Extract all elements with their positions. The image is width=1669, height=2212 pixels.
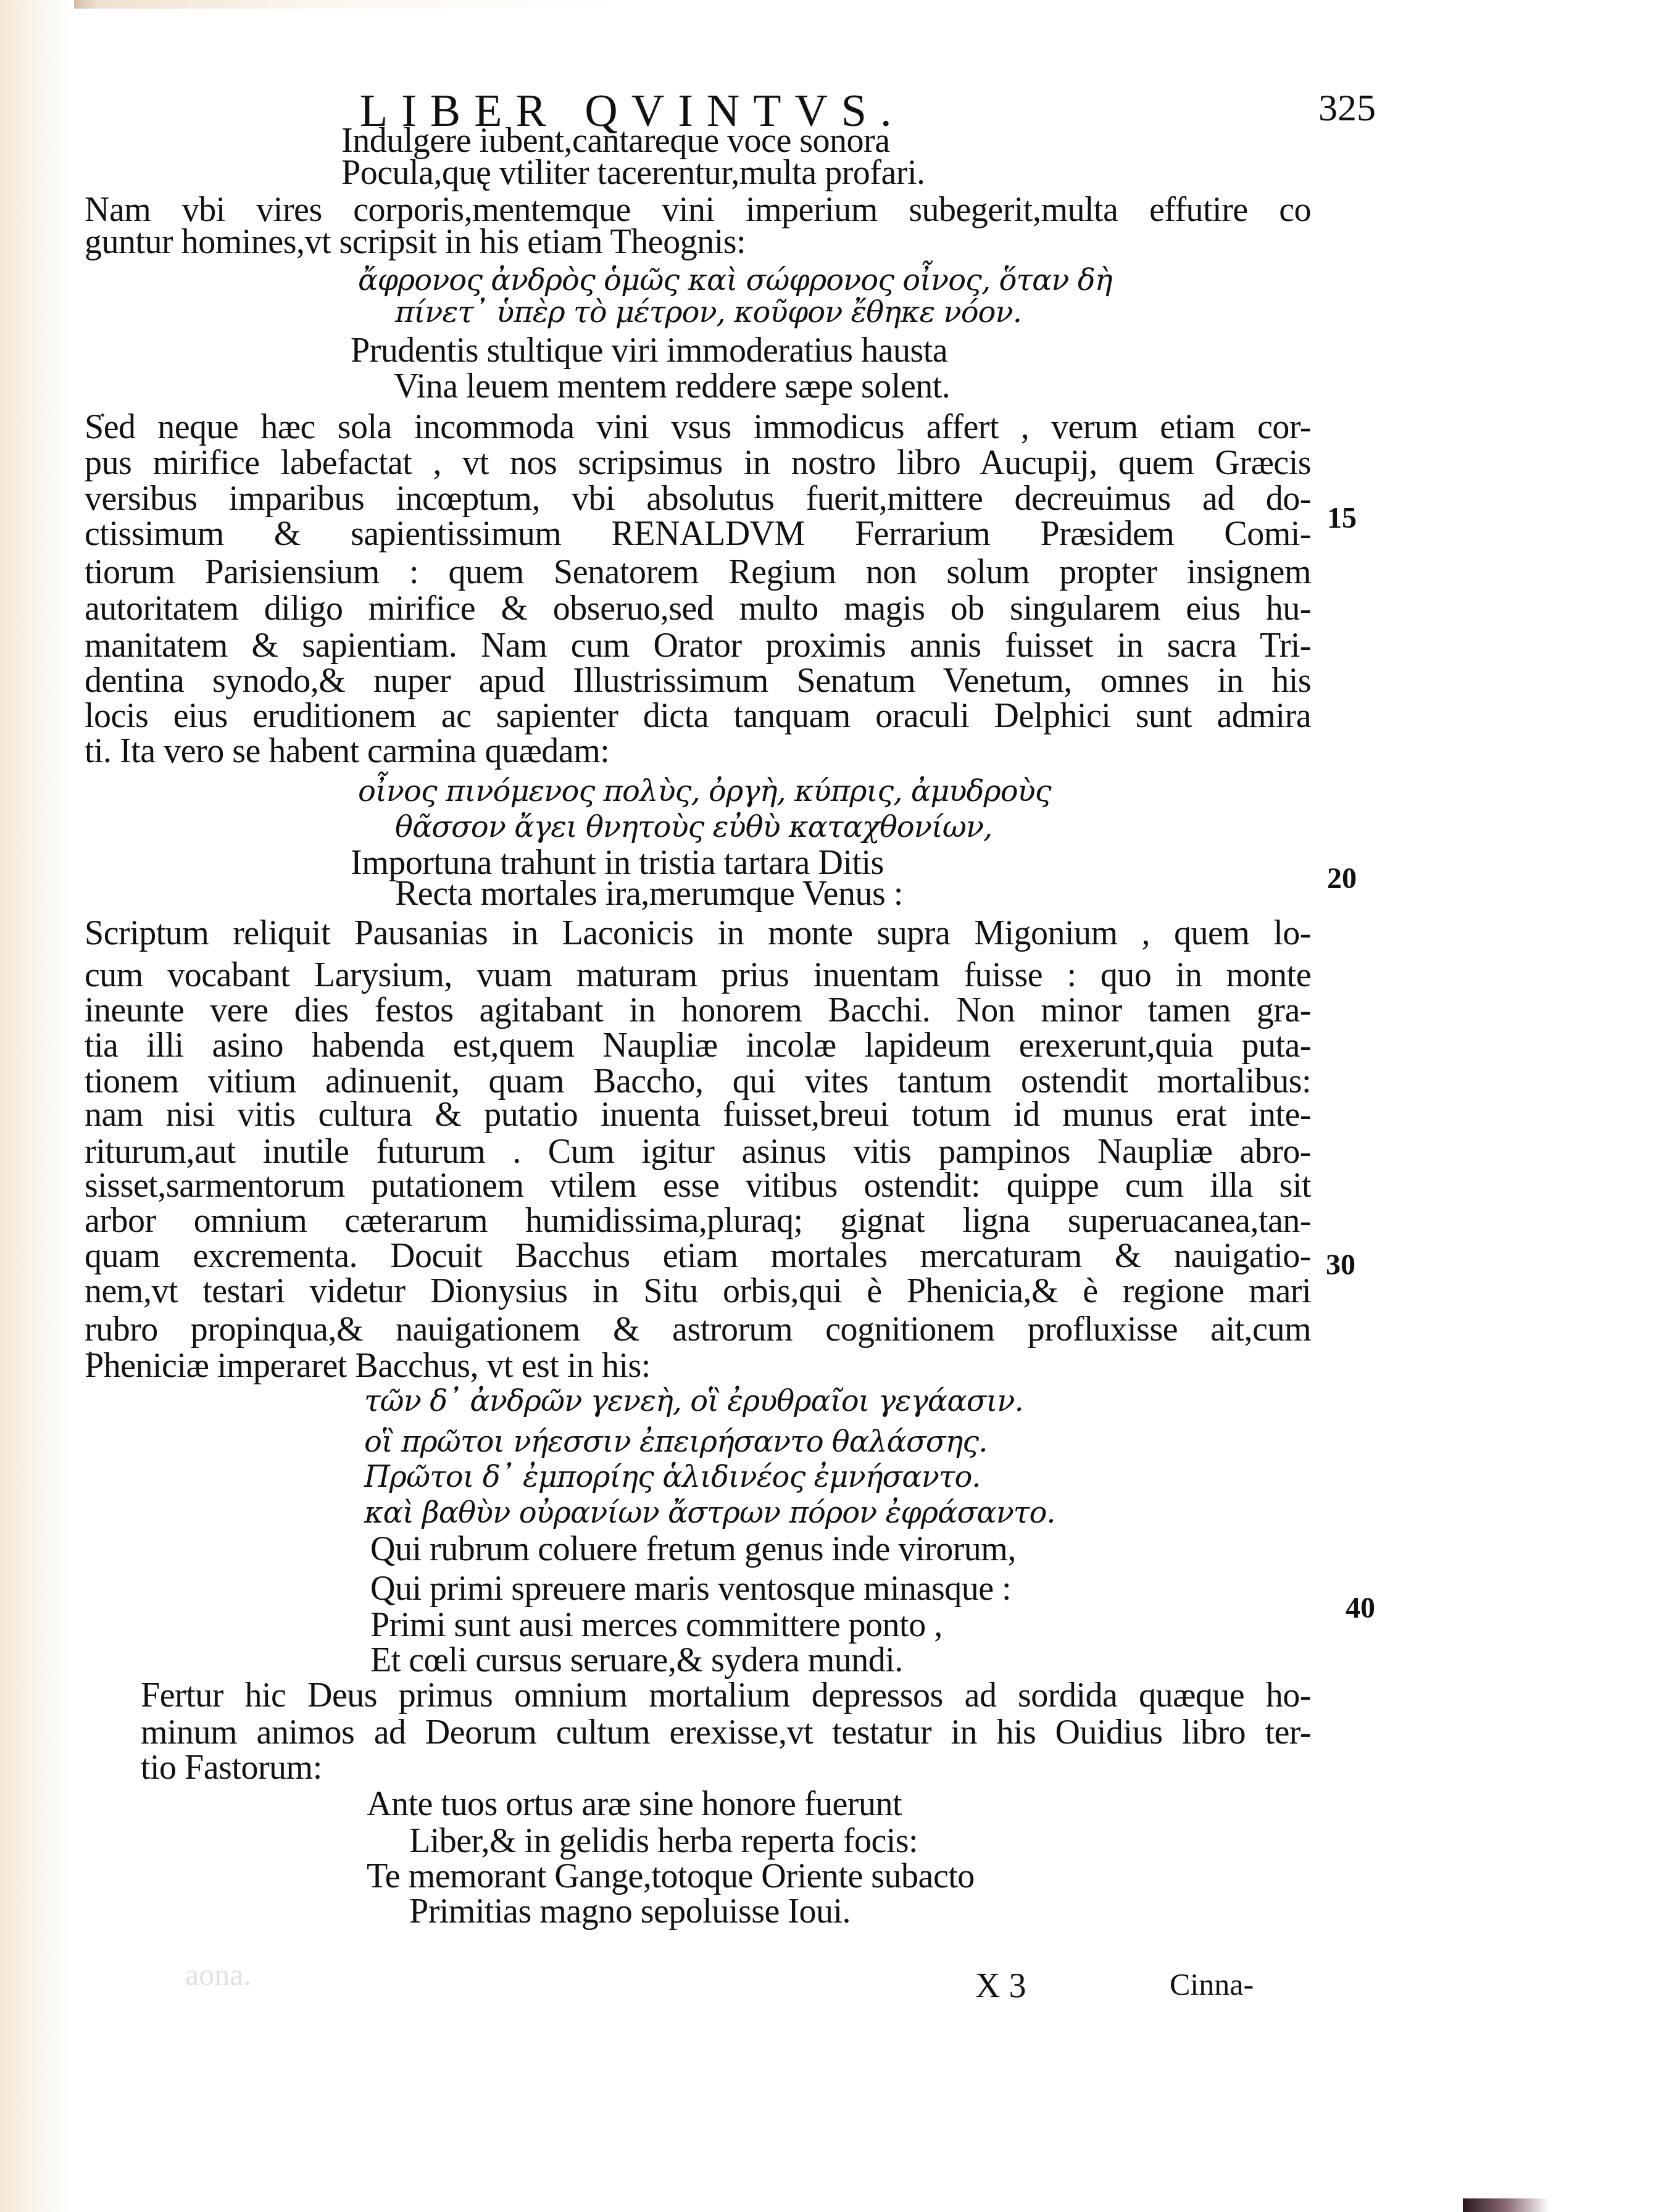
greek-verse-line: ἄφρονος ἀνδρὸς ὁμῶς καὶ σώφρονος οἶνος, … [358, 262, 1112, 299]
page-gutter-shade [0, 0, 74, 2212]
prose-line: pus mirifice labefactat , vt nos scripsi… [85, 444, 1311, 481]
margin-line-number: 20 [1327, 862, 1357, 896]
prose-line: tionem vitium adinuenit, quam Baccho, qu… [85, 1063, 1311, 1100]
margin-line-number: 40 [1346, 1591, 1375, 1625]
greek-verse-line: θᾶσσον ἄγει θνητοὺς εὐθὺ καταχθονίων, [395, 809, 992, 846]
greek-verse-line: τῶν δ᾽ ἀνδρῶν γενεὴ, οἳ ἐρυθραῖοι γεγάασ… [364, 1382, 1023, 1420]
prose-line: sisset,sarmentorum putationem vtilem ess… [85, 1167, 1311, 1204]
latin-verse-line: Prudentis stultique viri immoderatius ha… [351, 332, 947, 369]
greek-verse-line: οἳ πρῶτοι νήεσσιν ἐπειρήσαντο θαλάσσης. [364, 1423, 987, 1460]
prose-line: guntur homines,vt scripsit in his etiam … [85, 223, 746, 260]
latin-verse-line: Liber,& in gelidis herba reperta focis: [409, 1823, 918, 1860]
prose-line: tia illi asino habenda est,quem Naupliæ … [85, 1027, 1311, 1064]
greek-verse-line: Πρῶτοι δ᾽ ἐμπορίης ἁλιδινέος ἐμνήσαντο. [364, 1458, 981, 1495]
latin-verse-line: Primitias magno sepoluisse Ioui. [409, 1893, 851, 1930]
catchword: Cinna- [1170, 1966, 1254, 2002]
prose-line: versibus imparibus incœptum, vbi absolut… [85, 480, 1311, 517]
prose-line: Scriptum reliquit Pausanias in Laconicis… [85, 915, 1311, 952]
margin-line-number: 15 [1327, 501, 1357, 535]
prose-line: locis eius eruditionem ac sapienter dict… [85, 697, 1311, 734]
prose-line: ctissimum & sapientissimum RENALDVM Ferr… [85, 515, 1311, 552]
page-top-edge [0, 0, 1669, 9]
prose-line: arbor omnium cæterarum humidissima,plura… [85, 1202, 1311, 1239]
greek-verse-line: οἶνος πινόμενος πολὺς, ὀργὴ, κύπρις, ἀμυ… [358, 773, 1051, 810]
latin-verse-line: Ante tuos ortus aræ sine honore fuerunt [367, 1786, 902, 1823]
margin-dot: · [86, 1339, 94, 1368]
margin-line-number: 30 [1326, 1248, 1355, 1282]
prose-line: Pheniciæ imperaret Bacchus, vt est in hi… [85, 1347, 651, 1384]
prose-line: ti. Ita vero se habent carmina quædam: [85, 733, 609, 770]
show-through-text: aona. [185, 1956, 251, 1992]
prose-line: tiorum Parisiensium : quem Senatorem Reg… [85, 554, 1311, 591]
prose-line: quam excrementa. Docuit Bacchus etiam mo… [85, 1237, 1311, 1274]
latin-verse-line: Et cœli cursus seruare,& sydera mundi. [370, 1642, 903, 1679]
prose-line: ineunte vere dies festos agitabant in ho… [85, 992, 1311, 1029]
margin-dot: · [99, 401, 107, 430]
prose-line: dentina synodo,& nuper apud Illustrissim… [85, 662, 1311, 699]
latin-verse-line: Recta mortales ira,merumque Venus : [395, 875, 903, 912]
page-number: 325 [1318, 86, 1376, 130]
page-bottom-edge [1463, 2198, 1549, 2212]
prose-line: nam nisi vitis cultura & putatio inuenta… [85, 1096, 1311, 1133]
latin-verse-line: Qui rubrum coluere fretum genus inde vir… [370, 1531, 1016, 1568]
prose-line: Sed neque hæc sola incommoda vini vsus i… [85, 409, 1311, 446]
signature-mark: X 3 [975, 1966, 1026, 2006]
prose-line: manitatem & sapientiam. Nam cum Orator p… [85, 627, 1311, 664]
latin-verse-line: Vina leuem mentem reddere sæpe solent. [394, 368, 950, 405]
greek-verse-line: καὶ βαθὺν οὐρανίων ἄστρων πόρον ἐφράσαντ… [364, 1494, 1055, 1531]
prose-line: tio Fastorum: [141, 1749, 322, 1786]
latin-verse-line: Te memorant Gange,totoque Oriente subact… [367, 1858, 975, 1895]
greek-verse-line: πίνετ᾽ ὑπὲρ τὸ μέτρον, κοῦφον ἔθηκε νόον… [395, 294, 1022, 331]
prose-line: autoritatem diligo mirifice & obseruo,se… [85, 590, 1311, 627]
prose-line: rubro propinqua,& nauigationem & astroru… [85, 1311, 1311, 1348]
prose-line: nem,vt testari videtur Dionysius in Situ… [85, 1273, 1311, 1310]
latin-verse-line: Primi sunt ausi merces committere ponto … [370, 1607, 943, 1644]
prose-line: minum animos ad Deorum cultum erexisse,v… [141, 1714, 1311, 1751]
latin-verse-line: Pocula,quę vtiliter tacerentur,multa pro… [341, 154, 925, 191]
prose-line: Fertur hic Deus primus omnium mortalium … [141, 1677, 1311, 1714]
prose-line: cum vocabant Larysium, vuam maturam priu… [85, 957, 1311, 994]
prose-line: riturum,aut inutile futurum . Cum igitur… [85, 1133, 1311, 1170]
latin-verse-line: Qui primi spreuere maris ventosque minas… [370, 1570, 1011, 1607]
